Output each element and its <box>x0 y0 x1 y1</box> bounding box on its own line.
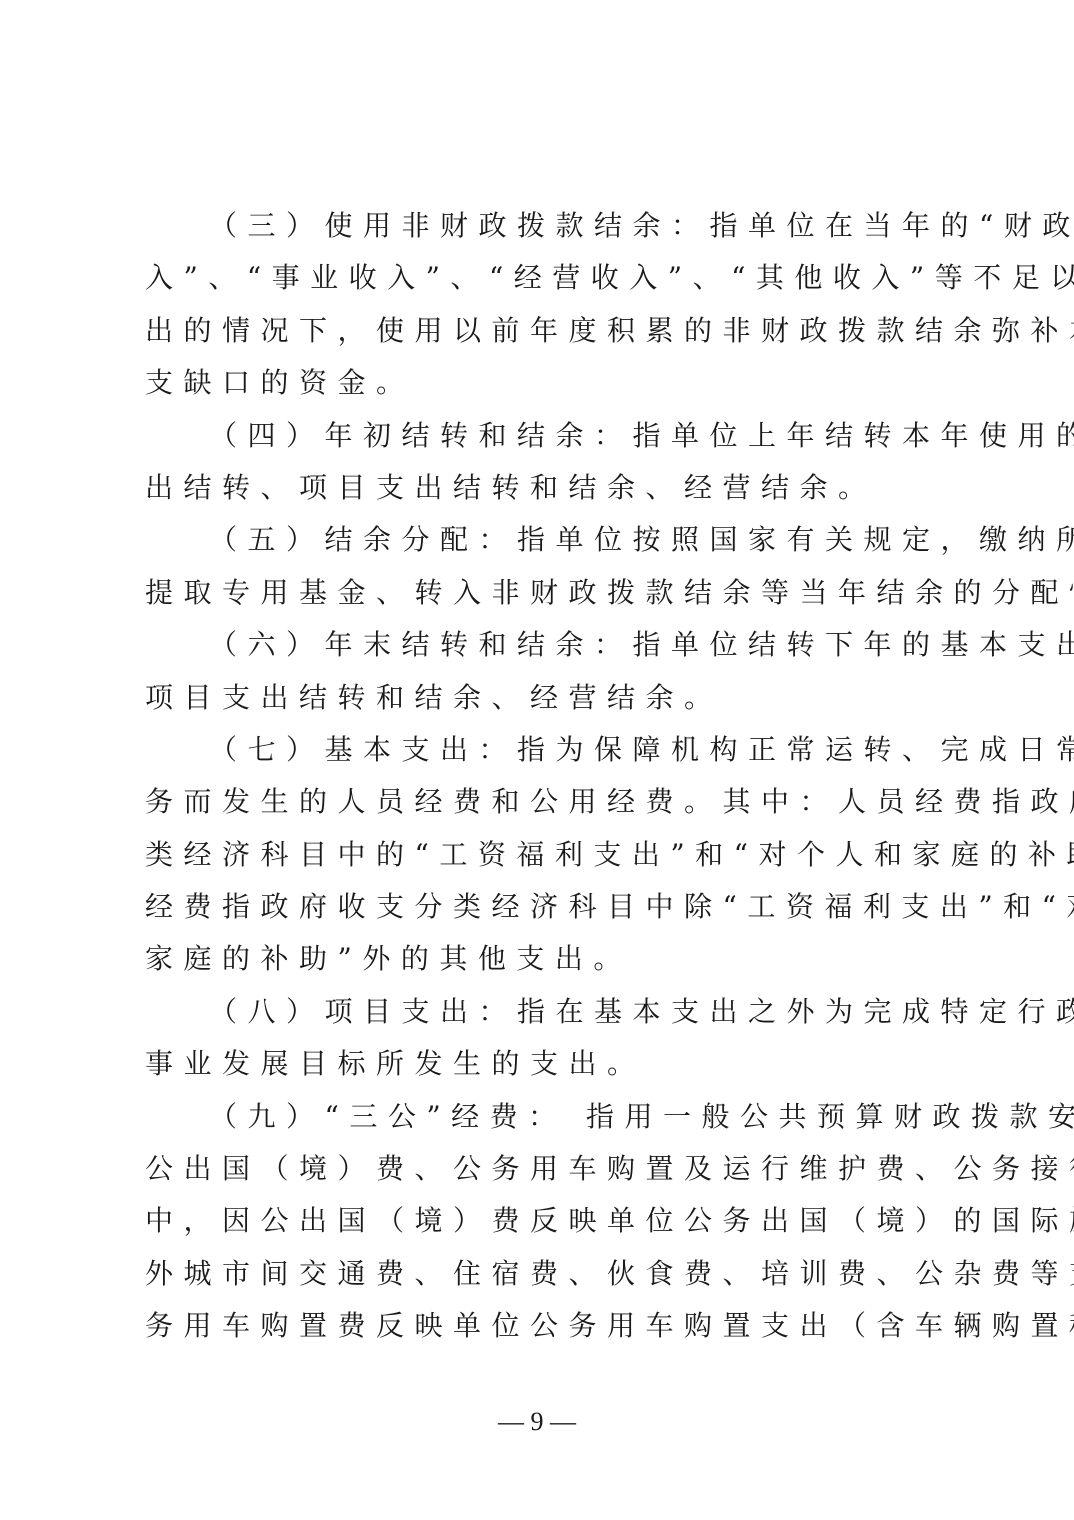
paragraph-6-line-2: 项目支出结转和结余、经营结余。 <box>145 672 943 724</box>
paragraph-3-line-4: 支缺口的资金。 <box>145 357 943 409</box>
paragraph-6-line-1: （六）年末结转和结余：指单位结转下年的基本支出结转、 <box>145 619 943 671</box>
paragraph-4-line-1: （四）年初结转和结余：指单位上年结转本年使用的基本支 <box>145 410 943 462</box>
paragraph-8-line-1: （八）项目支出：指在基本支出之外为完成特定行政任务和 <box>145 986 943 1038</box>
paragraph-3-line-3: 出的情况下，使用以前年度积累的非财政拨款结余弥补本年度收 <box>145 305 943 357</box>
paragraph-5-line-1: （五）结余分配：指单位按照国家有关规定，缴纳所得税、 <box>145 514 943 566</box>
paragraph-7-line-3: 类经济科目中的“工资福利支出”和“对个人和家庭的补助”；公用 <box>145 829 943 881</box>
paragraph-7-line-2: 务而发生的人员经费和公用经费。其中：人员经费指政府收支分 <box>145 776 943 828</box>
paragraph-7-line-4: 经费指政府收支分类经济科目中除“工资福利支出”和“对个人和 <box>145 881 943 933</box>
paragraph-9-line-5: 务用车购置费反映单位公务用车购置支出（含车辆购置税）；公 <box>145 1300 943 1352</box>
paragraph-7-line-1: （七）基本支出：指为保障机构正常运转、完成日常工作任 <box>145 724 943 776</box>
paragraph-4-line-2: 出结转、项目支出结转和结余、经营结余。 <box>145 462 943 514</box>
page-number: — 9 — <box>0 1407 1074 1437</box>
paragraph-3-line-2: 入”、“事业收入”、“经营收入”、“其他收入”等不足以安排当年支 <box>145 252 943 304</box>
paragraph-9-line-4: 外城市间交通费、住宿费、伙食费、培训费、公杂费等支出；公 <box>145 1248 943 1300</box>
document-body: （三）使用非财政拨款结余：指单位在当年的“财政拨款收 入”、“事业收入”、“经营… <box>145 200 943 1353</box>
paragraph-5-line-2: 提取专用基金、转入非财政拨款结余等当年结余的分配情况。 <box>145 567 943 619</box>
paragraph-9-line-1: （九）“三公”经费： 指用一般公共预算财政拨款安排的因 <box>145 1091 943 1143</box>
paragraph-3-line-1: （三）使用非财政拨款结余：指单位在当年的“财政拨款收 <box>145 200 943 252</box>
paragraph-7-line-5: 家庭的补助”外的其他支出。 <box>145 933 943 985</box>
paragraph-9-line-2: 公出国（境）费、公务用车购置及运行维护费、公务接待费。其 <box>145 1143 943 1195</box>
paragraph-8-line-2: 事业发展目标所发生的支出。 <box>145 1038 943 1090</box>
document-page: （三）使用非财政拨款结余：指单位在当年的“财政拨款收 入”、“事业收入”、“经营… <box>0 0 1074 1520</box>
paragraph-9-line-3: 中，因公出国（境）费反映单位公务出国（境）的国际旅费、国 <box>145 1195 943 1247</box>
